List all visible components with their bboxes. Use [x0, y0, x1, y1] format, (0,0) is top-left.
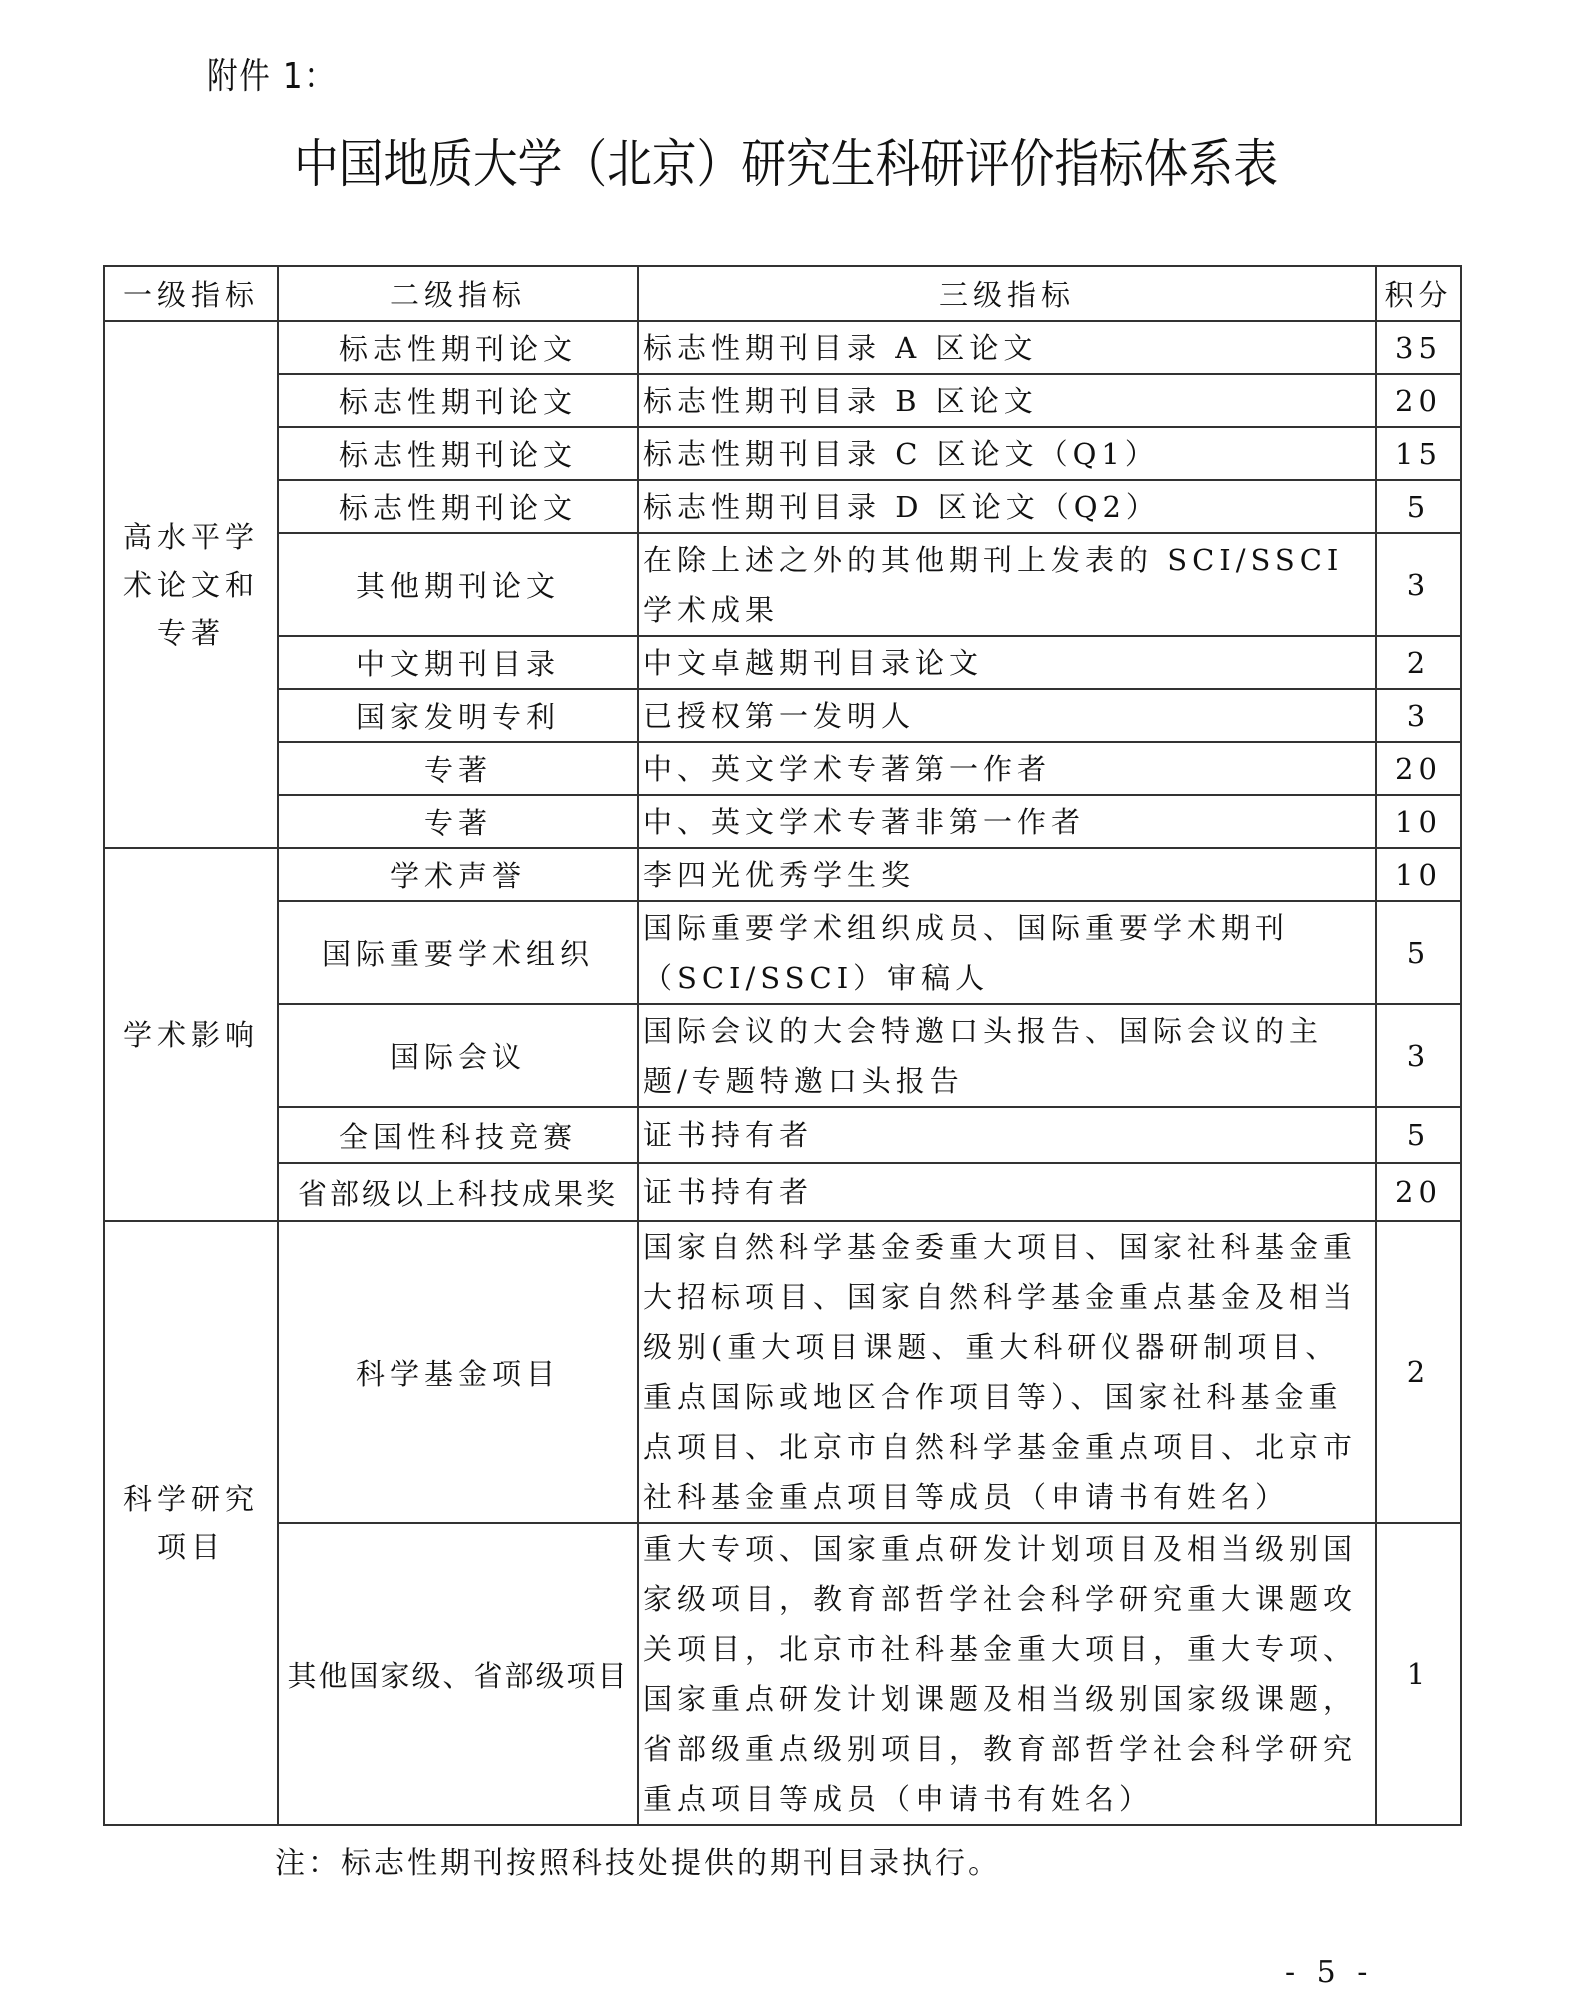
header-level2: 二级指标: [278, 266, 638, 321]
table-row: 学术影响 学术声誉 李四光优秀学生奖 10: [104, 848, 1461, 901]
table-row: 标志性期刊论文 标志性期刊目录 B 区论文 20: [104, 374, 1461, 427]
level2-cell: 标志性期刊论文: [278, 374, 638, 427]
table-row: 科学研究项目 科学基金项目 国家自然科学基金委重大项目、国家社科基金重大招标项目…: [104, 1221, 1461, 1523]
header-level3: 三级指标: [638, 266, 1376, 321]
level1-cell: 高水平学术论文和专著: [104, 321, 278, 848]
level3-cell: 国际重要学术组织成员、国际重要学术期刊（SCI/SSCI）审稿人: [638, 901, 1376, 1004]
level2-cell: 学术声誉: [278, 848, 638, 901]
points-cell: 15: [1376, 427, 1461, 480]
level2-cell: 国际会议: [278, 1004, 638, 1107]
level2-cell: 国家发明专利: [278, 689, 638, 742]
table-row: 专著 中、英文学术专著非第一作者 10: [104, 795, 1461, 848]
level3-cell: 标志性期刊目录 D 区论文（Q2）: [638, 480, 1376, 533]
level2-cell: 专著: [278, 795, 638, 848]
table-row: 高水平学术论文和专著 标志性期刊论文 标志性期刊目录 A 区论文 35: [104, 321, 1461, 374]
points-cell: 20: [1376, 374, 1461, 427]
points-cell: 10: [1376, 848, 1461, 901]
table-row: 国际会议 国际会议的大会特邀口头报告、国际会议的主题/专题特邀口头报告 3: [104, 1004, 1461, 1107]
page-title-text: 中国地质大学（北京）研究生科研评价指标体系表: [294, 122, 1278, 197]
level3-cell: 中、英文学术专著非第一作者: [638, 795, 1376, 848]
level3-cell: 已授权第一发明人: [638, 689, 1376, 742]
level2-cell: 其他期刊论文: [278, 533, 638, 636]
level3-cell: 标志性期刊目录 C 区论文（Q1）: [638, 427, 1376, 480]
level2-cell: 省部级以上科技成果奖: [278, 1163, 638, 1221]
level2-cell: 国际重要学术组织: [278, 901, 638, 1004]
points-cell: 20: [1376, 1163, 1461, 1221]
table-row: 中文期刊目录 中文卓越期刊目录论文 2: [104, 636, 1461, 689]
level3-cell: 标志性期刊目录 B 区论文: [638, 374, 1376, 427]
points-cell: 5: [1376, 480, 1461, 533]
points-cell: 1: [1376, 1523, 1461, 1825]
level2-cell: 全国性科技竞赛: [278, 1107, 638, 1163]
level1-cell: 科学研究项目: [104, 1221, 278, 1825]
points-cell: 10: [1376, 795, 1461, 848]
level3-cell: 国家自然科学基金委重大项目、国家社科基金重大招标项目、国家自然科学基金重点基金及…: [638, 1221, 1376, 1523]
level3-cell: 标志性期刊目录 A 区论文: [638, 321, 1376, 374]
table-row: 全国性科技竞赛 证书持有者 5: [104, 1107, 1461, 1163]
table-row: 其他期刊论文 在除上述之外的其他期刊上发表的 SCI/SSCI 学术成果 3: [104, 533, 1461, 636]
level3-cell: 在除上述之外的其他期刊上发表的 SCI/SSCI 学术成果: [638, 533, 1376, 636]
level3-cell: 国际会议的大会特邀口头报告、国际会议的主题/专题特邀口头报告: [638, 1004, 1376, 1107]
level3-cell: 中文卓越期刊目录论文: [638, 636, 1376, 689]
points-cell: 3: [1376, 533, 1461, 636]
table-row: 国家发明专利 已授权第一发明人 3: [104, 689, 1461, 742]
level2-cell: 标志性期刊论文: [278, 480, 638, 533]
level1-cell: 学术影响: [104, 848, 278, 1221]
level2-cell: 其他国家级、省部级项目: [278, 1523, 638, 1825]
level2-cell: 专著: [278, 742, 638, 795]
points-cell: 5: [1376, 901, 1461, 1004]
level3-cell: 证书持有者: [638, 1107, 1376, 1163]
page-number: - 5 -: [1285, 1955, 1373, 1990]
table-row: 标志性期刊论文 标志性期刊目录 D 区论文（Q2） 5: [104, 480, 1461, 533]
table-row: 标志性期刊论文 标志性期刊目录 C 区论文（Q1） 15: [104, 427, 1461, 480]
page-title: 中国地质大学（北京）研究生科研评价指标体系表: [0, 122, 1572, 197]
level2-cell: 科学基金项目: [278, 1221, 638, 1523]
level3-cell: 重大专项、国家重点研发计划项目及相当级别国家级项目，教育部哲学社会科学研究重大课…: [638, 1523, 1376, 1825]
header-points: 积分: [1376, 266, 1461, 321]
table-row: 其他国家级、省部级项目 重大专项、国家重点研发计划项目及相当级别国家级项目，教育…: [104, 1523, 1461, 1825]
attachment-label: 附件 1：: [207, 48, 337, 99]
points-cell: 2: [1376, 636, 1461, 689]
level3-cell: 证书持有者: [638, 1163, 1376, 1221]
points-cell: 3: [1376, 689, 1461, 742]
header-level1: 一级指标: [104, 266, 278, 321]
level2-cell: 中文期刊目录: [278, 636, 638, 689]
points-cell: 35: [1376, 321, 1461, 374]
level2-cell: 标志性期刊论文: [278, 427, 638, 480]
table-header-row: 一级指标 二级指标 三级指标 积分: [104, 266, 1461, 321]
points-cell: 3: [1376, 1004, 1461, 1107]
points-cell: 2: [1376, 1221, 1461, 1523]
points-cell: 20: [1376, 742, 1461, 795]
table-row: 国际重要学术组织 国际重要学术组织成员、国际重要学术期刊（SCI/SSCI）审稿…: [104, 901, 1461, 1004]
level2-cell: 标志性期刊论文: [278, 321, 638, 374]
points-cell: 5: [1376, 1107, 1461, 1163]
table-row: 专著 中、英文学术专著第一作者 20: [104, 742, 1461, 795]
level3-cell: 中、英文学术专著第一作者: [638, 742, 1376, 795]
table-row: 省部级以上科技成果奖 证书持有者 20: [104, 1163, 1461, 1221]
evaluation-index-table: 一级指标 二级指标 三级指标 积分 高水平学术论文和专著 标志性期刊论文 标志性…: [103, 265, 1462, 1826]
table-footnote: 注：标志性期刊按照科技处提供的期刊目录执行。: [275, 1838, 1001, 1882]
level3-cell: 李四光优秀学生奖: [638, 848, 1376, 901]
